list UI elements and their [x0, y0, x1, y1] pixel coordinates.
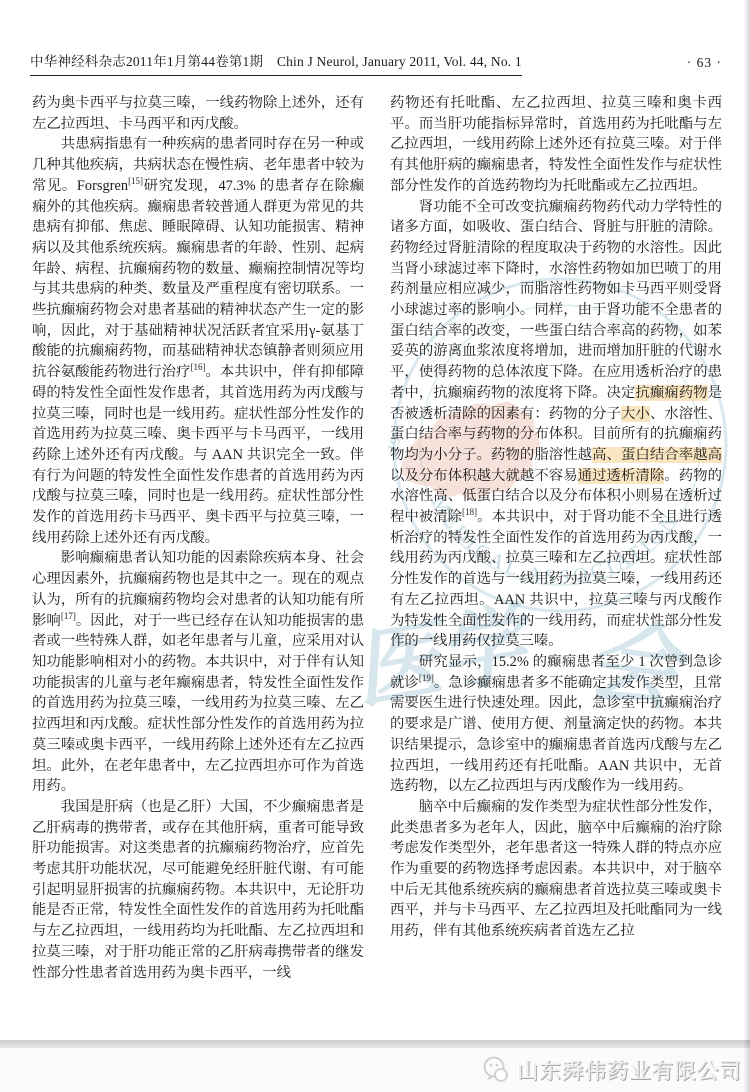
paragraph: 脑卒中后癫痫的发作类型为症状性部分性发作，此类患者多为老年人，因此，脑卒中后癫痫… [390, 797, 722, 942]
footer-divider [0, 1040, 750, 1048]
page-number: · 63 · [687, 55, 722, 76]
paragraph: 药物还有托吡酯、左乙拉西坦、拉莫三嗪和奥卡西平。而当肝功能指标异常时，首选用药为… [390, 93, 722, 197]
footer: 山东舜伟药业有限公司 [0, 1048, 750, 1092]
right-column: 药物还有托吡酯、左乙拉西坦、拉莫三嗪和奥卡西平。而当肝功能指标异常时，首选用药为… [390, 93, 722, 942]
paragraph: 研究显示，15.2% 的癫痫患者至少 1 次曾到急诊就诊[19]。急诊癫痫患者多… [390, 652, 722, 797]
page-header: 中华神经科杂志2011年1月第44卷第1期 Chin J Neurol, Jan… [30, 50, 722, 76]
company-logo-icon [481, 1056, 511, 1084]
left-column: 药为奥卡西平与拉莫三嗪，一线药物除上述外，还有左乙拉西坦、卡马西平和丙戊酸。共患… [32, 93, 364, 983]
paragraph: 影响癫痫患者认知功能的因素除疾病本身、社会心理因素外，抗癫痫药物也是其中之一。现… [32, 548, 364, 796]
journal-page: 19 MEDICAL ASSOCIATION 医学 会 中华神经科杂志2011年… [0, 0, 750, 1092]
scan-edge-shadow [744, 0, 750, 1092]
paragraph: 共患病指患有一种疾病的患者同时存在另一种或几种其他疾病，共病状态在慢性病、老年患… [32, 134, 364, 548]
journal-title: 中华神经科杂志2011年1月第44卷第1期 Chin J Neurol, Jan… [30, 50, 522, 76]
paragraph: 药为奥卡西平与拉莫三嗪，一线药物除上述外，还有左乙拉西坦、卡马西平和丙戊酸。 [32, 93, 364, 134]
paragraph: 我国是肝病（也是乙肝）大国，不少癫痫患者是乙肝病毒的携带者，或存在其他肝病，重者… [32, 797, 364, 983]
paragraph: 肾功能不全可改变抗癫痫药物药代动力学特性的诸多方面，如吸收、蛋白结合、肾脏与肝脏… [390, 197, 722, 652]
company-name: 山东舜伟药业有限公司 [517, 1055, 742, 1085]
